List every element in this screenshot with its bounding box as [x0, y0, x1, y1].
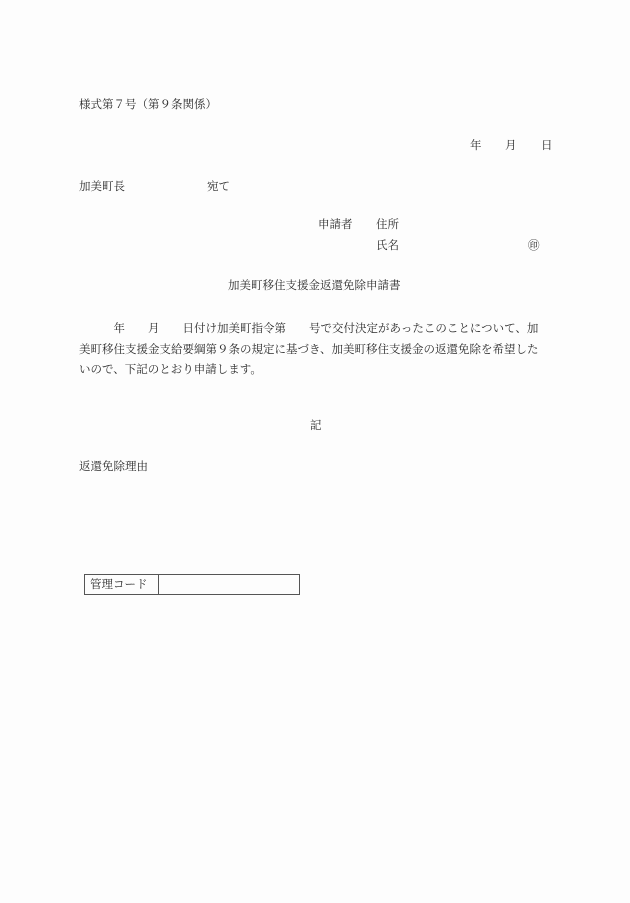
body-paragraph: 年 月 日付け加美町指令第 号で交付決定があったこのことについて、加 美町移住支… — [79, 318, 551, 380]
form-number: 様式第７号（第９条関係） — [79, 97, 217, 111]
management-code-table: 管理コード — [84, 574, 300, 595]
body-line: 年 月 日付け加美町指令第 号で交付決定があったこのことについて、加 — [79, 318, 551, 339]
name-label: 氏名 — [376, 238, 399, 252]
body-line: いので、下記のとおり申請します。 — [79, 359, 551, 380]
body-line: 美町移住支援金支給要綱第９条の規定に基づき、加美町移住支援金の返還免除を希望した — [79, 339, 551, 360]
date-month-label: 月 — [505, 138, 517, 152]
addressee-suffix: 宛て — [207, 179, 230, 193]
management-code-label: 管理コード — [85, 575, 159, 595]
date-day-label: 日 — [541, 138, 553, 152]
management-code-field[interactable] — [159, 575, 300, 595]
table-row: 管理コード — [85, 575, 300, 595]
applicant-label: 申請者 — [318, 217, 353, 231]
document-title: 加美町移住支援金返還免除申請書 — [228, 278, 401, 292]
reason-label: 返還免除理由 — [79, 459, 148, 473]
seal-icon: ㊞ — [528, 238, 540, 252]
address-label: 住所 — [376, 217, 399, 231]
date-year-label: 年 — [470, 138, 482, 152]
addressee-name: 加美町長 — [79, 179, 125, 193]
ki-heading: 記 — [310, 418, 322, 432]
